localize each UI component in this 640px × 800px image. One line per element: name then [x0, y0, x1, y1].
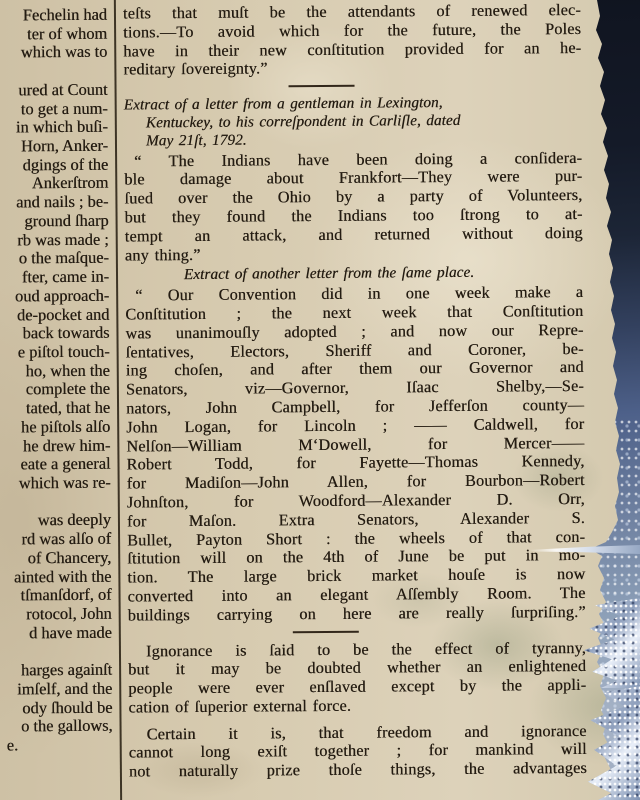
text-line: complete the [0, 380, 113, 400]
text-line: d have made [2, 623, 115, 643]
text-line: e piſtol touch- [0, 343, 113, 363]
text-line: cation of ſuperior external force. [128, 695, 586, 717]
text-line: rotocol, John [2, 605, 115, 625]
text-line: to get a num- [0, 99, 111, 119]
text-line: ured at Count [0, 81, 111, 101]
left-column-fragment: Fechelin hadter of whomwhich was to ured… [0, 6, 116, 756]
text-line: tſmanſdorf, of [1, 586, 114, 606]
text-line: o the gallows, [2, 717, 115, 737]
text-line: ground ſharp [0, 212, 112, 232]
text-line: in which buſi- [0, 118, 111, 138]
text-line: eate a general [0, 455, 113, 475]
text-line: imſelf, and the [2, 679, 115, 699]
text-line: reditary ſovereignty.” [123, 57, 581, 79]
text-line: of Chancery, [1, 548, 114, 568]
paragraph: Ignorance is ſaid to be the effect of ty… [128, 638, 587, 717]
text-line: tated, that he [0, 399, 113, 419]
text-line: oud approach- [0, 286, 112, 306]
text-line: people were ever enſlaved except by the … [128, 676, 586, 698]
text-line: Ankerſtrom [0, 174, 111, 194]
letter-extract-heading: Extract of a letter from a gentleman in … [124, 93, 582, 150]
text-line: tempt an attack, and returned without do… [125, 224, 583, 246]
paragraph: Certain it is, that freedom and ignoranc… [129, 722, 587, 782]
text-line: ter of whom [0, 24, 110, 44]
text-line: May 21ſt, 1792. [124, 129, 582, 150]
text-line: Extract of another letter from the ſame … [125, 264, 533, 285]
newspaper-scan-photo: Fechelin hadter of whomwhich was to ured… [0, 0, 640, 800]
text-line: which was re- [1, 474, 114, 494]
text-line: Fechelin had [0, 6, 110, 26]
text-line: fter, came in- [0, 268, 112, 288]
text-line: ainted with the [1, 567, 114, 587]
section-divider-rule [289, 85, 355, 88]
main-column: teſts that muſt be the attendants of ren… [123, 1, 587, 782]
text-line: dgings of the [0, 155, 111, 175]
text-line: any thing.” [125, 242, 583, 264]
text-line: he piſtols alſo [0, 417, 113, 437]
section-divider-rule [293, 630, 359, 633]
text-line: was deeply [1, 511, 114, 531]
text-line: back towards [0, 324, 113, 344]
text-line: not naturally prize thoſe things, the ad… [129, 759, 587, 781]
text-line: harges againſt [2, 661, 115, 681]
text-line: buildings carrying on here are really ſu… [128, 603, 586, 625]
text-line: rd was alſo of [1, 530, 114, 550]
page-content: Fechelin hadter of whomwhich was to ured… [0, 0, 640, 800]
text-line: o the maſque- [0, 249, 112, 269]
paragraph: “ The Indians have been doing a conſider… [124, 149, 583, 265]
text-line: which was to [0, 43, 110, 63]
text-line: e. [3, 736, 116, 756]
text-line: rb was made ; [0, 230, 112, 250]
text-line: ody ſhould be [2, 698, 115, 718]
text-line: de-pocket and [0, 305, 112, 325]
text-line: Horn, Anker- [0, 137, 111, 157]
text-line: he drew him- [0, 436, 113, 456]
letter-extract-heading: Extract of another letter from the ſame … [125, 263, 583, 284]
paragraph: “ Our Convention did in one week make aC… [125, 283, 586, 625]
text-line: ho, when the [0, 361, 113, 381]
text-line: and nails ; be- [0, 193, 112, 213]
paragraph: teſts that muſt be the attendants of ren… [123, 1, 582, 80]
